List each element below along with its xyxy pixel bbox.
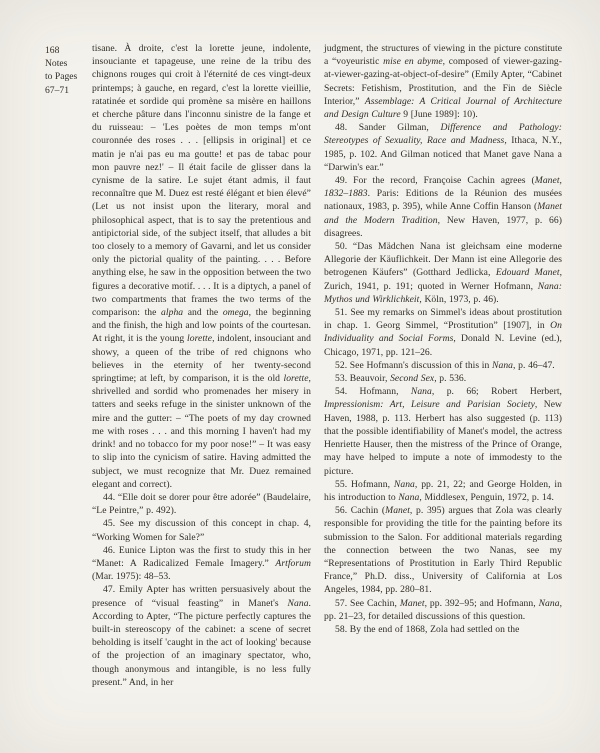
note-55: 55. Hofmann, Nana, pp. 21, 22; and Georg… (324, 478, 562, 504)
note-47-continuation: judgment, the structures of viewing in t… (324, 42, 562, 121)
quote-continuation-paragraph: tisane. À droite, c'est la lorette jeune… (92, 42, 311, 491)
note-52: 52. See Hofmann's discussion of this in … (324, 359, 562, 372)
running-header-line: to Pages (45, 70, 91, 83)
note-51: 51. See my remarks on Simmel's ideas abo… (324, 306, 562, 359)
running-header: 168 Notes to Pages 67–71 (45, 44, 91, 97)
note-48: 48. Sander Gilman, Difference and Pathol… (324, 121, 562, 174)
note-47: 47. Emily Apter has written persuasively… (92, 583, 311, 689)
running-header-pages-range: 67–71 (45, 84, 91, 97)
note-45: 45. See my discussion of this concept in… (92, 517, 311, 543)
note-58: 58. By the end of 1868, Zola had settled… (324, 623, 562, 636)
page-number: 168 (45, 44, 91, 57)
note-54: 54. Hofmann, Nana, p. 66; Robert Herbert… (324, 385, 562, 477)
note-49: 49. For the record, Françoise Cachin agr… (324, 174, 562, 240)
note-53: 53. Beauvoir, Second Sex, p. 536. (324, 372, 562, 385)
note-50: 50. “Das Mädchen Nana ist gleichsam eine… (324, 240, 562, 306)
running-header-line: Notes (45, 57, 91, 70)
book-notes-page: 168 Notes to Pages 67–71 tisane. À droit… (0, 0, 600, 753)
right-column: judgment, the structures of viewing in t… (324, 42, 562, 689)
left-column: tisane. À droite, c'est la lorette jeune… (92, 42, 311, 689)
note-46: 46. Eunice Lipton was the first to study… (92, 544, 311, 584)
note-44: 44. “Elle doit se dorer pour être adorée… (92, 491, 311, 517)
note-57: 57. See Cachin, Manet, pp. 392–95; and H… (324, 597, 562, 623)
text-columns: tisane. À droite, c'est la lorette jeune… (92, 42, 562, 689)
note-56: 56. Cachin (Manet, p. 395) argues that Z… (324, 504, 562, 596)
